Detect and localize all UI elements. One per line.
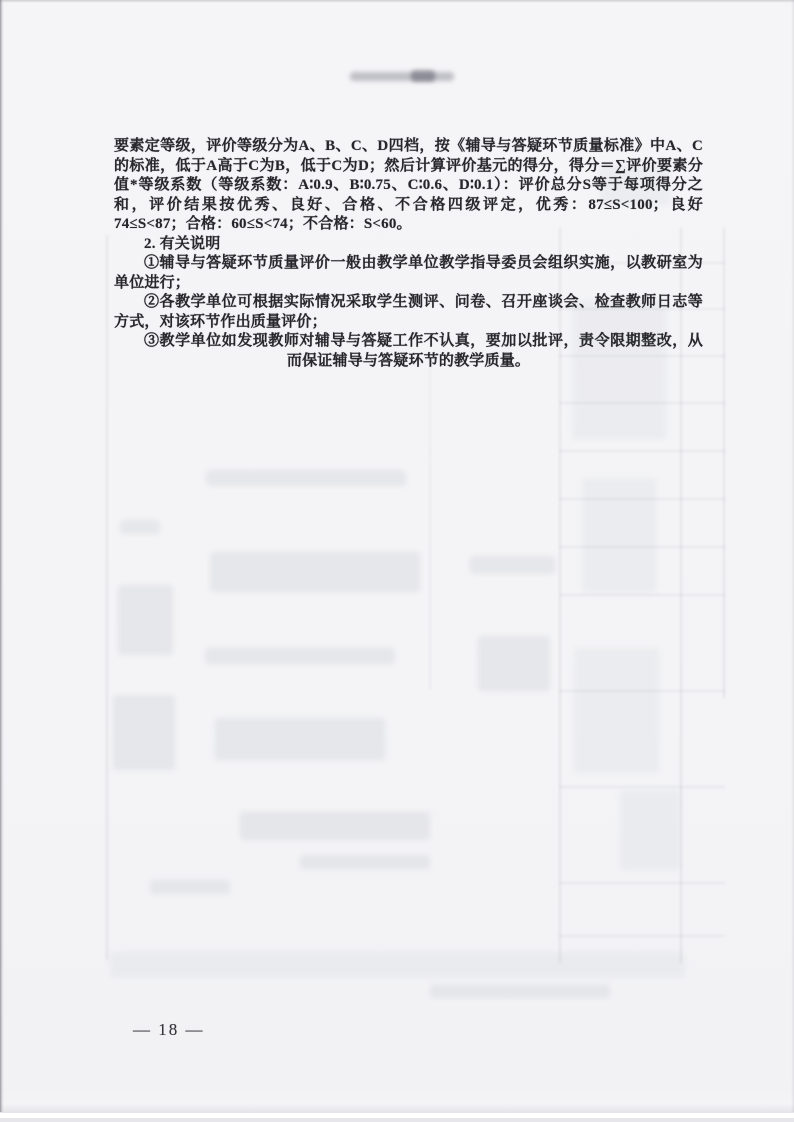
ghost-text-smudge (574, 648, 659, 773)
ghost-text-smudge (215, 718, 385, 760)
scan-edge-top (0, 0, 794, 3)
scanned-document-page: 要素定等级，评价等级分为A、B、C、D四档，按《辅导与答疑环节质量标准》中A、C… (0, 0, 794, 1122)
ghost-text-smudge (478, 636, 550, 691)
ghost-text-smudge (150, 880, 230, 894)
ghost-text-smudge (240, 812, 430, 840)
page-number: — 18 — (133, 1020, 205, 1040)
ghost-text-smudge (113, 695, 175, 770)
ghost-text-smudge (110, 952, 685, 978)
ghost-text-smudge (205, 648, 395, 664)
ghost-text-smudge (300, 855, 430, 869)
ghost-table-line (559, 450, 725, 452)
ghost-table-line (559, 594, 725, 596)
ghost-text-smudge (470, 556, 555, 574)
scan-edge-bottom-shadow (0, 1104, 794, 1113)
ink-smudge-core (411, 70, 435, 82)
note-item-3: ③教学单位如发现教师对辅导与答疑工作不认真，要加以批评，责令限期整改，从而保证辅… (114, 332, 703, 371)
ghost-text-smudge (120, 520, 160, 534)
ink-smudge (350, 72, 454, 81)
ghost-text-smudge (210, 552, 420, 592)
paragraph-grading-rules: 要素定等级，评价等级分为A、B、C、D四档，按《辅导与答疑环节质量标准》中A、C… (114, 137, 703, 235)
section-heading-notes: 2. 有关说明 (114, 235, 703, 255)
ghost-table-line (559, 882, 725, 884)
ghost-text-smudge (206, 470, 406, 486)
document-body: 要素定等级，评价等级分为A、B、C、D四档，按《辅导与答疑环节质量标准》中A、C… (114, 137, 703, 371)
ghost-table-line (559, 935, 725, 937)
ghost-text-smudge (430, 985, 610, 998)
ghost-text-smudge (620, 790, 680, 870)
ghost-table-line (106, 235, 108, 960)
note-item-2: ②各教学单位可根据实际情况采取学生测评、问卷、召开座谈会、检查教师日志等方式，对… (114, 293, 703, 332)
ghost-table-line (559, 786, 725, 788)
scan-edge-left (0, 0, 4, 1112)
ghost-text-smudge (582, 478, 657, 593)
ghost-text-smudge (118, 585, 173, 655)
ghost-table-line (429, 360, 431, 690)
note-item-1: ①辅导与答疑环节质量评价一般由教学单位教学指导委员会组织实施，以教研室为单位进行… (114, 254, 703, 293)
ghost-table-line (723, 228, 725, 698)
scan-edge-bottom-margin (0, 1118, 794, 1122)
